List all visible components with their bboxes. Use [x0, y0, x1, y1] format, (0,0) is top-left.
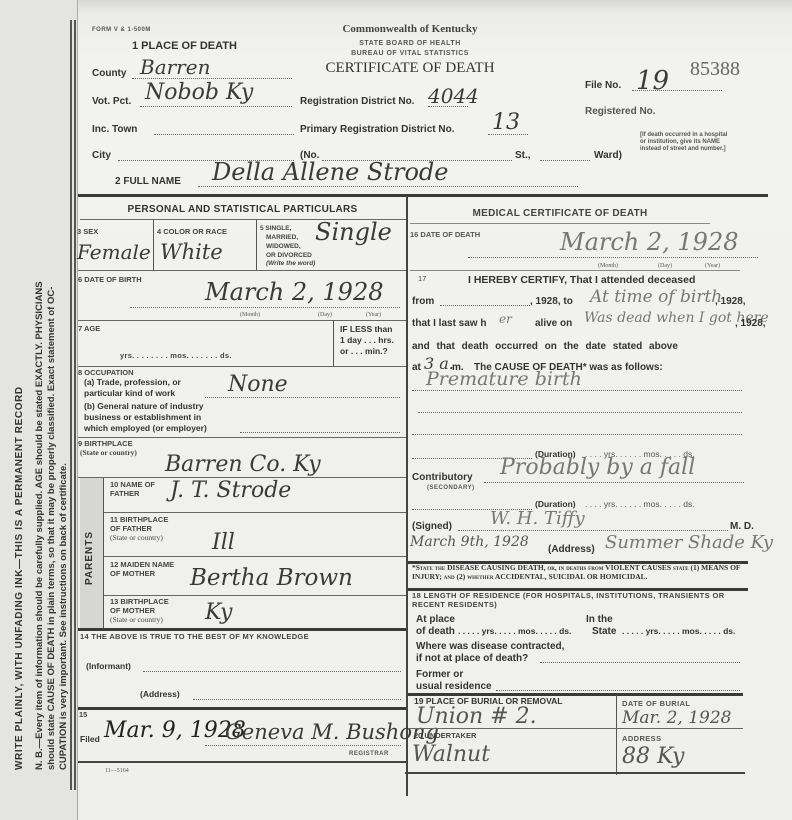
month-caption: (Month): [598, 263, 618, 269]
voting-precinct-value[interactable]: Nobob Ky: [145, 80, 253, 105]
father-name-label: 10 NAME OF: [110, 481, 155, 489]
race-label: 4 COLOR OR RACE: [157, 228, 227, 236]
commonwealth-title: Commonwealth of Kentucky: [320, 23, 500, 35]
at-place-label: of death: [416, 626, 455, 637]
inc-town-label: Inc. Town: [92, 124, 137, 135]
marital-label-5: (Write the word): [266, 261, 315, 268]
signed-label: (Signed): [412, 521, 452, 532]
street-label: St.,: [515, 150, 531, 161]
year-caption: (Year): [705, 263, 720, 269]
less-than-label-1: IF LESS than: [340, 325, 392, 334]
burial-date-label: DATE OF BURIAL: [622, 700, 690, 708]
full-name-label: 2 FULL NAME: [115, 176, 181, 187]
physician-address-label: (Address): [548, 544, 595, 555]
attended-from-label: from: [412, 296, 434, 307]
former-residence-label: usual residence: [416, 681, 492, 692]
father-birthplace-label: OF FATHER: [110, 525, 152, 533]
personal-section-title: PERSONAL AND STATISTICAL PARTICULARS: [80, 204, 405, 215]
cause-of-death-value[interactable]: Premature birth: [426, 368, 582, 390]
occupation-a-label: (a) Trade, profession, or: [84, 378, 181, 387]
informant-label: (Informant): [86, 662, 131, 671]
occupation-value[interactable]: None: [228, 372, 288, 397]
stamped-file-number: 85388: [690, 58, 740, 81]
margin-instruction-line: N. B.—Every item of information should b…: [34, 281, 45, 770]
race-value[interactable]: White: [160, 240, 223, 264]
death-certificate: WRITE PLAINLY, WITH UNFADING INK—THIS IS…: [0, 0, 792, 820]
occupation-a-label: particular kind of work: [84, 389, 175, 398]
burial-date-value[interactable]: Mar. 2, 1928: [622, 708, 732, 728]
attended-to-year: , 1928,: [715, 296, 746, 307]
contracted-label: Where was disease contracted,: [416, 641, 564, 652]
age-units: yrs. . . . . . . . mos. . . . . . . ds.: [120, 352, 232, 360]
physician-signature[interactable]: W. H. Tiffy: [490, 508, 585, 529]
day-caption: (Day): [658, 263, 672, 269]
at-place-units: . . . . . yrs. . . . . mos. . . . . ds.: [458, 627, 571, 636]
informant-statement: 14 THE ABOVE IS TRUE TO THE BEST OF MY K…: [80, 633, 309, 641]
file-no-label: File No.: [585, 80, 621, 91]
marital-label-3: WIDOWED,: [266, 244, 301, 251]
city-label: City: [92, 150, 111, 161]
contracted-label: if not at place of death?: [416, 653, 528, 664]
mother-name-label: 12 MAIDEN NAME: [110, 561, 174, 569]
age-label: 7 AGE: [78, 325, 100, 333]
occupation-b-label: business or establishment in: [84, 413, 201, 422]
contributory-label: Contributory: [412, 472, 473, 483]
mother-name-value[interactable]: Bertha Brown: [190, 565, 353, 591]
physician-address-value[interactable]: Summer Shade Ky: [605, 532, 773, 553]
last-saw-pronoun[interactable]: er: [499, 312, 512, 326]
mother-birthplace-label: 13 BIRTHPLACE: [110, 598, 169, 606]
voting-precinct-label: Vot. Pct.: [92, 96, 131, 107]
marital-label-2: MARRIED,: [266, 235, 298, 242]
marital-value[interactable]: Single: [315, 218, 392, 246]
dob-value[interactable]: March 2, 1928: [205, 278, 384, 306]
undertaker-address-value[interactable]: 88 Ky: [622, 744, 684, 769]
alive-on-label: alive on: [535, 318, 572, 329]
alive-on-year: , 1928,: [735, 318, 766, 329]
margin-instruction-line: CUPATION is very important. See instruct…: [58, 463, 69, 770]
contributory-value[interactable]: Probably by a fall: [500, 455, 695, 480]
attended-from-year: , 1928, to: [530, 296, 573, 307]
date-of-death-label: 16 DATE OF DEATH: [410, 231, 480, 239]
md-label: M. D.: [730, 521, 754, 532]
attended-to-value[interactable]: At time of birth: [590, 287, 722, 307]
medical-section-title: MEDICAL CERTIFICATE OF DEATH: [410, 208, 710, 219]
place-of-death-heading: 1 PLACE OF DEATH: [132, 40, 237, 52]
full-name-value[interactable]: Della Allene Strode: [212, 158, 448, 186]
sex-label: 3 SEX: [77, 228, 98, 236]
duration-units-2: . . . . yrs. . . . . . mos. . . . . ds.: [585, 500, 695, 509]
hospital-note: [If death occurred in a hospital or inst…: [640, 132, 730, 154]
registration-district-label: Registration District No.: [300, 96, 414, 107]
secondary-label: (SECONDARY): [427, 485, 475, 491]
ward-label: Ward): [594, 150, 622, 161]
dob-label: 6 DATE OF BIRTH: [78, 276, 142, 284]
less-than-label-2: 1 day . . . hrs.: [340, 336, 394, 345]
father-birthplace-value[interactable]: Ill: [212, 530, 235, 555]
county-value[interactable]: Barren: [140, 55, 210, 79]
registered-no-label: Registered No.: [585, 106, 656, 117]
mother-birthplace-value[interactable]: Ky: [205, 600, 232, 625]
father-name-value[interactable]: J. T. Strode: [170, 478, 291, 503]
registrar-signature[interactable]: Geneva M. Bushong: [225, 720, 439, 744]
occupation-b-label: (b) General nature of industry: [84, 402, 204, 411]
birthplace-label: 9 BIRTHPLACE: [78, 440, 133, 448]
registration-district-value[interactable]: 4044: [428, 84, 479, 108]
margin-rule: [70, 20, 72, 790]
county-label: County: [92, 68, 126, 79]
last-saw-label: that I last saw h: [412, 318, 486, 329]
former-residence-label: Former or: [416, 669, 463, 680]
in-state-label: State: [592, 626, 616, 637]
in-state-units: . . . . . yrs. . . . . mos. . . . . ds.: [622, 627, 735, 636]
informant-address-label: (Address): [140, 690, 180, 699]
birthplace-value[interactable]: Barren Co. Ky: [165, 452, 321, 477]
father-birthplace-sublabel: (State or country): [110, 534, 163, 542]
filing-item-number: 15: [79, 711, 87, 719]
at-place-label: At place: [416, 614, 455, 625]
registrar-label: REGISTRAR: [349, 751, 389, 757]
at-label: at: [412, 362, 421, 373]
form-id: FORM V & 1-500M: [92, 27, 151, 33]
in-state-label: In the: [586, 614, 613, 625]
board-title: STATE BOARD OF HEALTH: [320, 40, 500, 47]
burial-place-value[interactable]: Union # 2.: [416, 704, 537, 729]
primary-district-label: Primary Registration District No.: [300, 124, 454, 135]
item-17-number: 17: [418, 275, 426, 283]
day-caption: (Day): [318, 312, 332, 318]
undertaker-label: 20 UNDERTAKER: [414, 732, 476, 740]
residence-title: 18 LENGTH OF RESIDENCE (FOR HOSPITALS, I…: [412, 592, 747, 609]
less-than-label-3: or . . . min.?: [340, 347, 388, 356]
undertaker-value[interactable]: Walnut: [412, 742, 490, 767]
father-name-label: FATHER: [110, 490, 139, 498]
occupation-label: 8 OCCUPATION: [78, 369, 134, 377]
marital-label-4: OR DIVORCED: [266, 253, 312, 260]
bureau-title: BUREAU OF VITAL STATISTICS: [320, 50, 500, 57]
birthplace-sublabel: (State or country): [80, 449, 137, 457]
primary-district-value[interactable]: 13: [492, 110, 520, 135]
filed-label: Filed: [80, 735, 100, 744]
sex-value[interactable]: Female: [77, 240, 151, 264]
father-birthplace-label: 11 BIRTHPLACE: [110, 516, 168, 524]
certify-statement: I HEREBY CERTIFY, That I attended deceas…: [468, 274, 695, 286]
date-of-death-value[interactable]: March 2, 1928: [560, 228, 739, 256]
marital-label-1: 5 SINGLE,: [260, 226, 291, 233]
parents-label: PARENTS: [84, 531, 95, 585]
cause-footnote: *State the DISEASE CAUSING DEATH, or, in…: [412, 564, 747, 581]
margin-rule: [74, 20, 76, 790]
mother-birthplace-label: OF MOTHER: [110, 607, 155, 615]
certificate-title: CERTIFICATE OF DEATH: [310, 60, 510, 77]
file-no-value[interactable]: 19: [636, 66, 669, 96]
death-occurred-statement: and that death occurred on the date stat…: [412, 341, 678, 352]
print-code: 11—5164: [105, 768, 129, 774]
mother-birthplace-sublabel: (State or country): [110, 616, 163, 624]
mother-name-label: OF MOTHER: [110, 570, 155, 578]
occupation-b-label: which employed (or employer): [84, 424, 207, 433]
month-caption: (Month): [240, 312, 260, 318]
year-caption: (Year): [366, 312, 381, 318]
margin-instruction-line: should state CAUSE OF DEATH in plain ter…: [46, 287, 57, 770]
signed-date-value[interactable]: March 9th, 1928: [410, 534, 529, 550]
undertaker-address-label: ADDRESS: [622, 735, 661, 743]
margin-instruction-heading: WRITE PLAINLY, WITH UNFADING INK—THIS IS…: [14, 386, 25, 770]
